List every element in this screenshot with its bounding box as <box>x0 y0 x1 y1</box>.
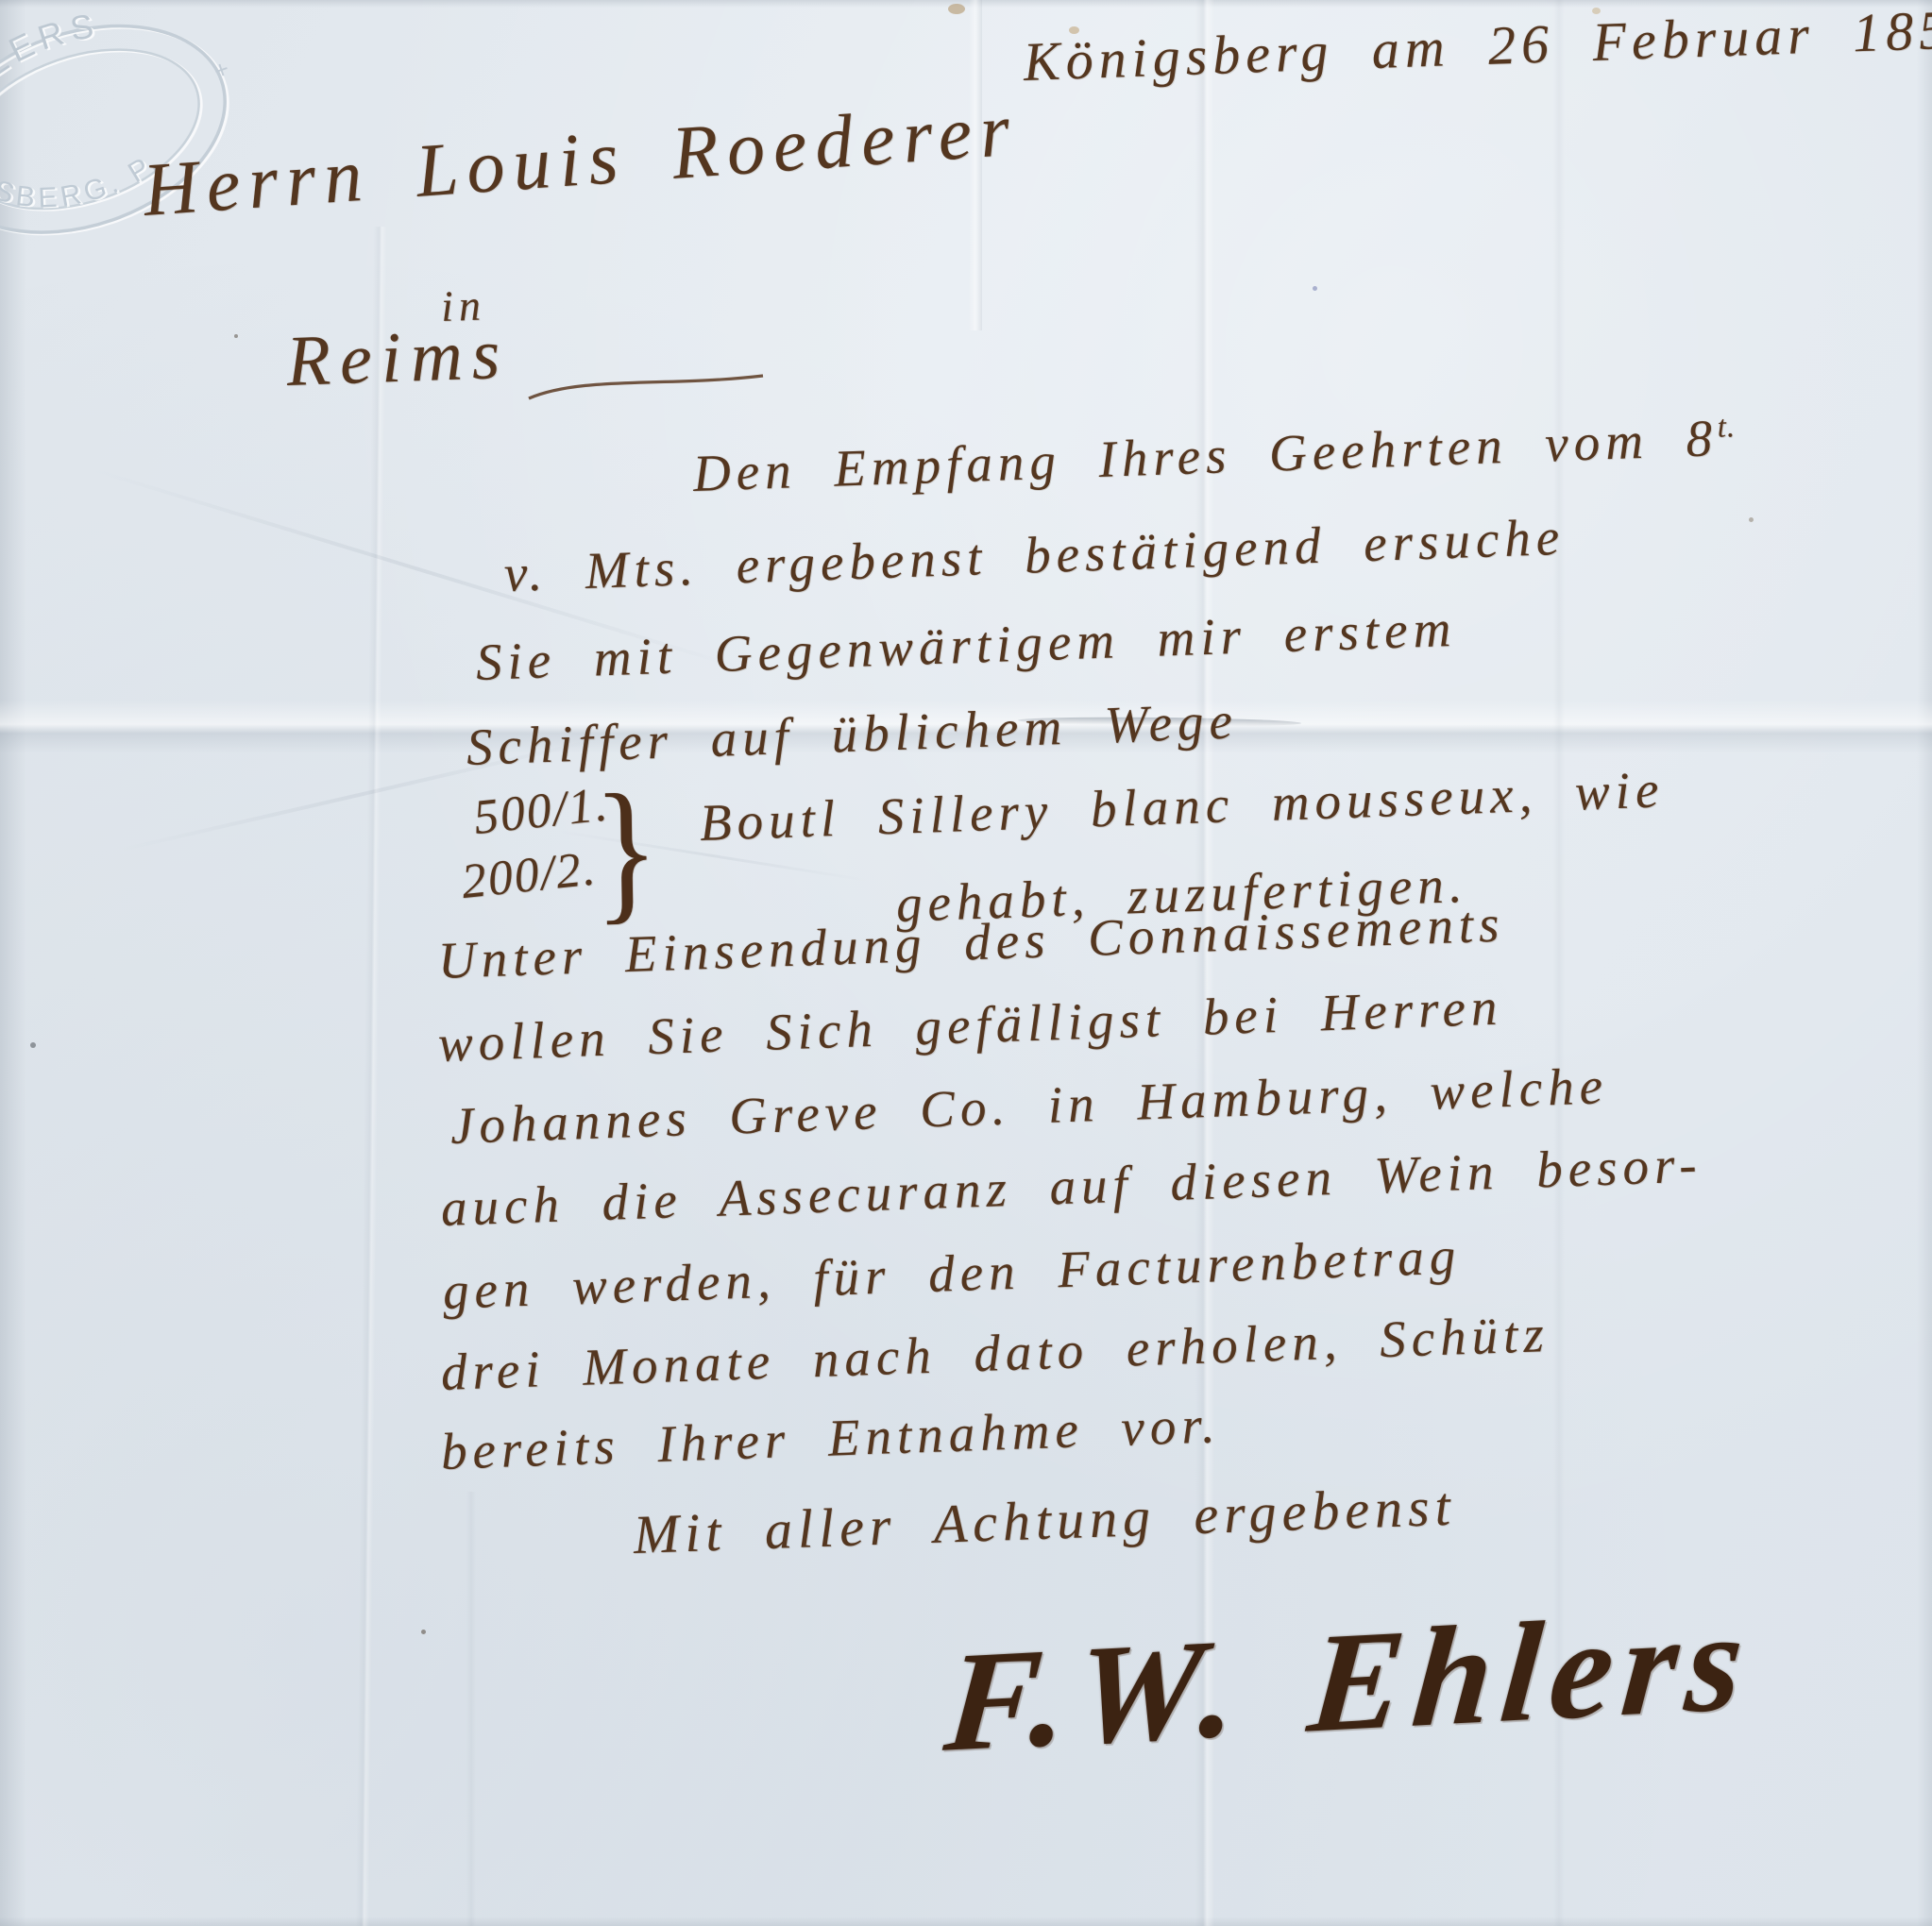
order-item-line-1: Boutl Sillery blanc mousseux, wie <box>699 761 1665 852</box>
order-quantity-2: 200/2. <box>459 841 600 909</box>
body-line: bereits Ihrer Entnahme vor. <box>440 1396 1221 1480</box>
ink-speck <box>1313 286 1317 291</box>
left-edge-shadow <box>0 0 26 1926</box>
signature: F.W. Ehlers <box>940 1582 1758 1782</box>
ink-speck <box>234 334 238 338</box>
body-line-superscript: t. <box>1717 410 1737 445</box>
seal-mark: + <box>210 54 232 85</box>
closing-line: Mit aller Achtung ergebenst <box>633 1477 1457 1565</box>
ink-speck <box>1749 517 1754 522</box>
ink-speck <box>30 1042 36 1048</box>
body-line: wollen Sie Sich gefälligst bei Herren <box>437 979 1503 1073</box>
fold-crease-vertical-bottom-faint <box>466 1492 476 1926</box>
recipient-name: Herrn Louis Roederer <box>141 88 1021 232</box>
body-line: gen werden, für den Facturenbetrag <box>442 1227 1462 1320</box>
ink-speck <box>421 1630 426 1634</box>
dateline: Königsberg am 26 Februar 1856, <box>1023 0 1932 93</box>
flourish-line <box>525 370 771 408</box>
body-line: Schiffer auf üblichem Wege <box>466 693 1239 777</box>
body-line: drei Monate nach dato erholen, Schütz <box>440 1306 1551 1401</box>
foxing-spot <box>948 4 965 14</box>
recipient-city: Reims <box>285 315 511 402</box>
body-line: Sie mit Gegenwärtigem mir erstem <box>475 600 1457 692</box>
order-quantity-1: 500/1. <box>471 777 612 845</box>
bottom-edge-shadow <box>0 1917 1932 1926</box>
order-brace: } <box>593 775 660 927</box>
letter-page: HLERS HLERS SBERG. P. SBERG. P. + Königs… <box>0 0 1932 1926</box>
body-line: v. Mts. ergebenst bestätigend ersuche <box>503 509 1566 603</box>
body-line-text: Den Empfang Ihres Geehrten vom 8 <box>692 409 1719 502</box>
body-line: Johannes Greve Co. in Hamburg, welche <box>449 1057 1609 1155</box>
fold-crease-vertical-left <box>356 227 387 1926</box>
right-edge-shadow <box>1917 0 1932 1926</box>
body-line: auch die Assecuranz auf diesen Wein beso… <box>440 1136 1703 1237</box>
body-line: Den Empfang Ihres Geehrten vom 8t. <box>692 409 1737 502</box>
top-edge-shadow <box>0 0 1932 8</box>
